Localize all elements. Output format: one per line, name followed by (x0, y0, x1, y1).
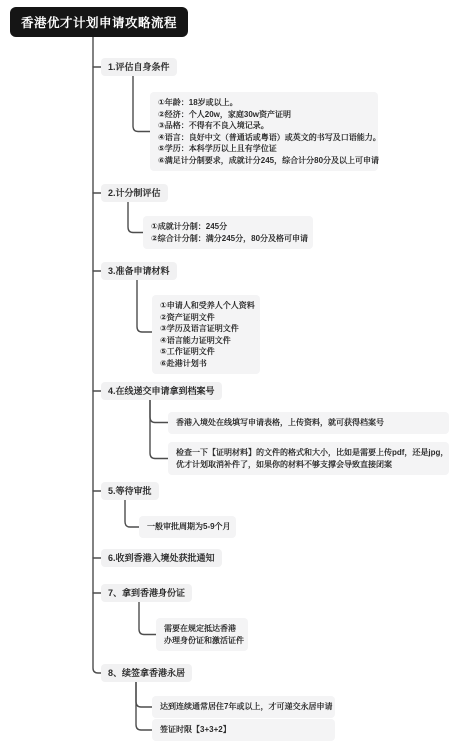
step-node-1: 1.评估自身条件 (101, 58, 177, 76)
note-node-7: 需要在规定抵达香港 办理身份证和激活证件 (156, 618, 248, 651)
note-line: 办理身份证和激活证件 (164, 635, 240, 647)
note-line: 优才计划取消补件了，如果你的材料不够支撑会导致直接闭案 (176, 459, 441, 471)
note-node-4a: 香港入境处在线填写申请表格，上传资料，就可获得档案号 (168, 412, 449, 434)
note-line: ⑥满足计分制要求，成就计分245，综合计分80分及以上可申请 (158, 155, 370, 167)
note-line: ②经济：个人20w，家庭30w资产证明 (158, 109, 370, 121)
note-line: ②综合计分制：满分245分，80分及格可申请 (151, 233, 305, 245)
step-node-8: 8、续签拿香港永居 (101, 664, 192, 682)
step-node-6: 6.收到香港入境处获批通知 (101, 549, 222, 567)
note-line: ①成就计分制：245分 (151, 221, 305, 233)
note-line: ⑤工作证明文件 (160, 346, 252, 358)
note-line: ④语言能力证明文件 (160, 335, 252, 347)
note-node-8a: 达到连续通常居住7年或以上，才可递交永居申请 (152, 696, 335, 718)
note-line: ⑥赴港计划书 (160, 358, 252, 370)
note-node-1: ①年龄：18岁或以上。 ②经济：个人20w，家庭30w资产证明 ③品格：不得有不… (150, 92, 378, 171)
note-line: 一般审批周期为5-9个月 (147, 521, 228, 533)
step-node-4: 4.在线递交申请拿到档案号 (101, 382, 222, 400)
note-node-8b: 签证时限【3+3+2】 (152, 719, 335, 741)
note-line: 签证时限【3+3+2】 (160, 724, 327, 736)
note-line: ③品格：不得有不良入境记录。 (158, 120, 370, 132)
note-node-2: ①成就计分制：245分 ②综合计分制：满分245分，80分及格可申请 (143, 216, 313, 249)
note-line: 达到连续通常居住7年或以上，才可递交永居申请 (160, 701, 327, 713)
note-node-3: ①申请人和受养人个人资料 ②资产证明文件 ③学历及语言证明文件 ④语言能力证明文… (152, 295, 260, 374)
note-line: ⑤学历：本科学历以上且有学位证 (158, 143, 370, 155)
note-node-4b: 检查一下【证明材料】的文件的格式和大小，比如是需要上传pdf，还是jpg， 优才… (168, 442, 449, 475)
note-node-5: 一般审批周期为5-9个月 (139, 516, 236, 538)
note-line: 检查一下【证明材料】的文件的格式和大小，比如是需要上传pdf，还是jpg， (176, 447, 441, 459)
step-node-3: 3.准备申请材料 (101, 262, 177, 280)
note-line: 需要在规定抵达香港 (164, 623, 240, 635)
root-node-title: 香港优才计划申请攻略流程 (10, 7, 188, 37)
note-line: ②资产证明文件 (160, 312, 252, 324)
note-line: 香港入境处在线填写申请表格，上传资料，就可获得档案号 (176, 417, 441, 429)
spine-line (93, 34, 101, 673)
step-node-5: 5.等待审批 (101, 482, 159, 500)
note-line: ①年龄：18岁或以上。 (158, 97, 370, 109)
note-line: ③学历及语言证明文件 (160, 323, 252, 335)
note-line: ④语言：良好中文（普通话或粤语）或英文的书写及口语能力。 (158, 132, 370, 144)
note-line: ①申请人和受养人个人资料 (160, 300, 252, 312)
mindmap-canvas: 香港优才计划申请攻略流程 1.评估自身条件 ①年龄：18岁或以上。 ②经济：个人… (0, 0, 456, 750)
step-node-7: 7、拿到香港身份证 (101, 584, 192, 602)
step-node-2: 2.计分制评估 (101, 184, 168, 202)
